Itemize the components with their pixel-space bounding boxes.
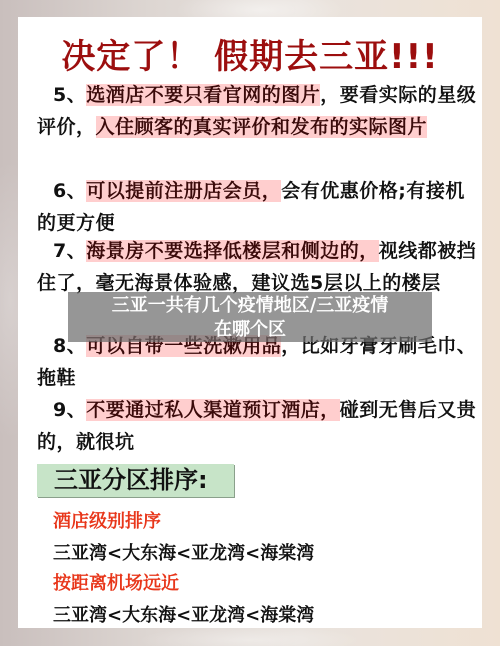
tip-highlight: 海景房不要选择低楼层和侧边的， [86, 240, 379, 262]
tip-highlight: 可以提前注册店会员， [86, 180, 281, 202]
section-heading: 三亚分区排序: [37, 464, 234, 497]
sequence-hotel-level: 三亚湾<大东海<亚龙湾<海棠湾 [53, 539, 314, 565]
tip-highlight: 选酒店不要只看官网的图片 [86, 84, 320, 106]
page-title: 决定了！ 假期去三亚!!! [18, 29, 482, 78]
tip-highlight: 不要通过私人渠道预订酒店， [86, 399, 340, 421]
tip-7: 7、海景房不要选择低楼层和侧边的，视线都被挡住了，毫无海景体验感，建议选5层以上… [37, 235, 477, 299]
tip-9: 9、不要通过私人渠道预订酒店，碰到无售后又贵的，就很坑 [37, 394, 477, 458]
tip-highlight: 入住顾客的真实评价和发布的实际图片 [96, 116, 428, 138]
caption-text: 三亚一共有几个疫情地区/三亚疫情 在哪个区 [68, 294, 432, 342]
tip-6: 6、可以提前注册店会员，会有优惠价格;有接机的更方便 [37, 175, 477, 239]
sequence-airport-distance: 三亚湾<大东海<亚龙湾<海棠湾 [53, 601, 314, 627]
subheading-airport-distance: 按距离机场远近 [53, 569, 179, 595]
tip-5: 5、选酒店不要只看官网的图片，要看实际的星级评价，入住顾客的真实评价和发布的实际… [37, 79, 477, 143]
subheading-hotel-level: 酒店级别排序 [53, 507, 161, 533]
